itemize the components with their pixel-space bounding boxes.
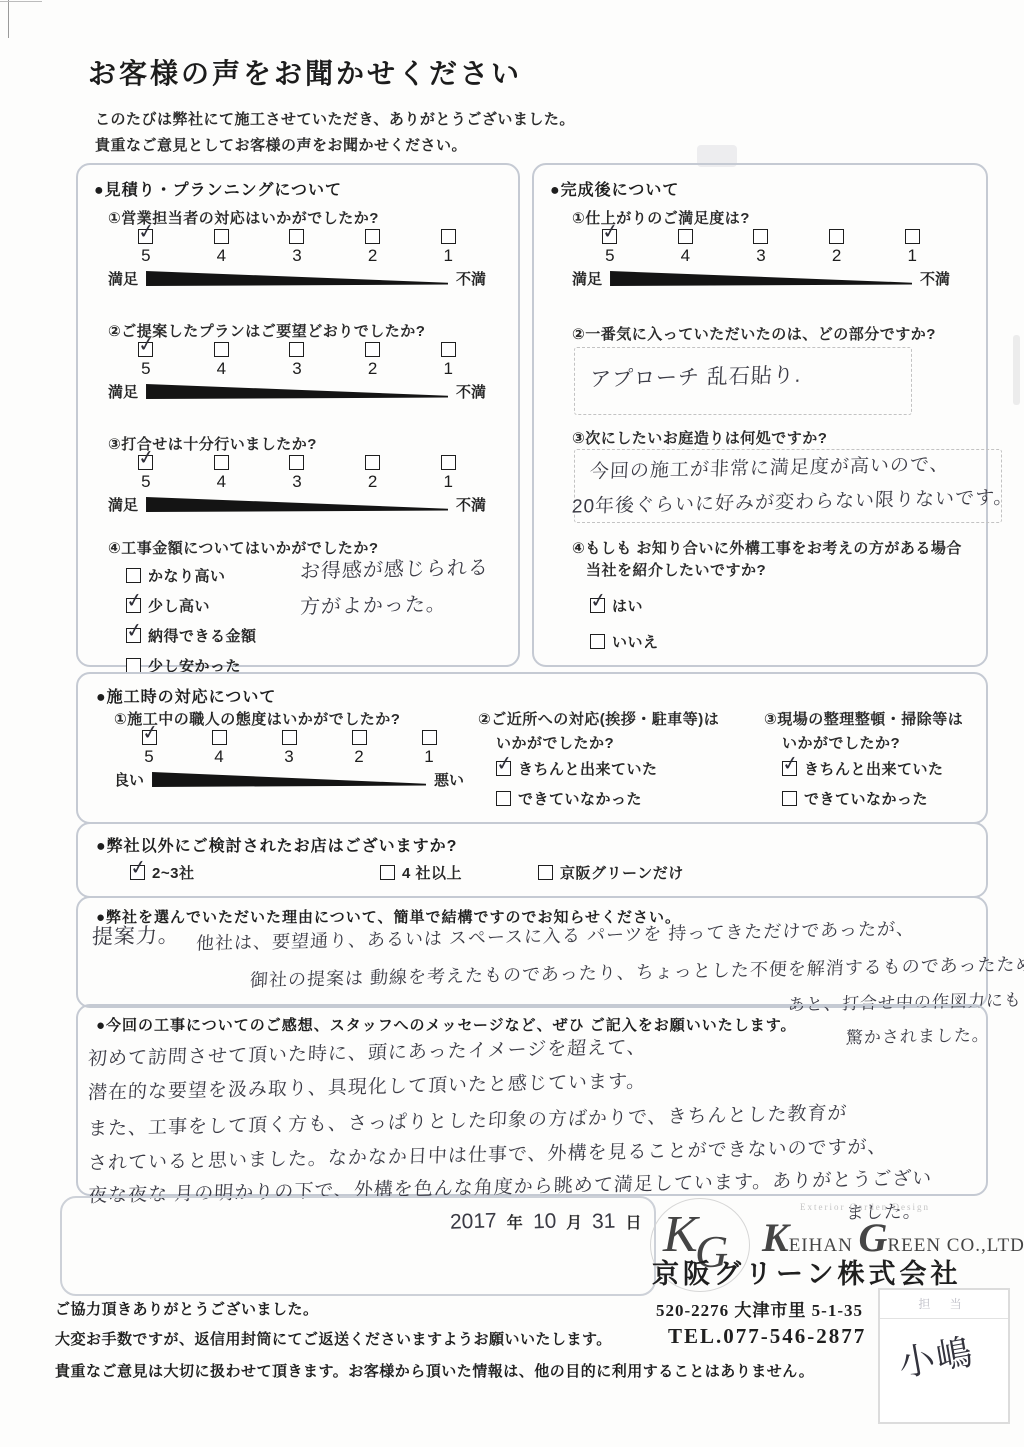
handwritten-answer: アプローチ 乱石貼り. (589, 359, 802, 393)
date-month-label: 月 (566, 1210, 582, 1233)
option-label: いいえ (612, 631, 659, 652)
checkbox[interactable] (126, 658, 141, 673)
scale-number: 2 (799, 246, 875, 266)
scale-number: 5 (108, 472, 184, 492)
checkbox-4[interactable] (214, 455, 229, 470)
option-label: 京阪グリーンだけ (560, 862, 684, 883)
question-label: ③次にしたいお庭造りは何処ですか? (572, 427, 827, 448)
scale-right-label: 不満 (920, 268, 950, 289)
option-label: 少し高い (148, 595, 210, 616)
scale-number: 3 (723, 246, 799, 266)
yes-option: はい (590, 595, 643, 616)
option-label: かなり高い (148, 565, 226, 586)
section-title: ●施工時の対応について (96, 684, 276, 707)
section-construction-box: ●施工時の対応について ①施工中の職人の態度はいかがでしたか? 5 4 3 2 … (76, 672, 988, 824)
checkbox[interactable] (126, 568, 141, 583)
company-tel: TEL.077-546-2877 (668, 1324, 866, 1349)
scale-wedge (152, 772, 426, 787)
date-line: 2017 年 10 月 31 日 (450, 1210, 641, 1234)
scale-number: 1 (410, 246, 486, 266)
company-tagline: Exterior Garden Design (800, 1202, 930, 1212)
option-label: きちんと出来ていた (518, 758, 658, 779)
footer-line-1: ご協力頂きありがとうございました。 (55, 1298, 319, 1319)
checkbox-1[interactable] (905, 229, 920, 244)
handwritten-note: お得感が感じられる (299, 551, 489, 584)
scale-left-label: 満足 (108, 268, 138, 289)
scale-number: 2 (324, 747, 394, 767)
question-label: ③現場の整理整頓・掃除等は (764, 708, 963, 729)
checkbox[interactable] (590, 598, 605, 613)
checkbox-2[interactable] (365, 342, 380, 357)
scale-number: 1 (394, 747, 464, 767)
intro-line-2: 貴重なご意見としてお客様の声をお聞かせください。 (95, 134, 467, 155)
company-address: 520-2276 大津市里 5-1-35 (656, 1296, 863, 1321)
scale-right-label: 不満 (456, 494, 486, 515)
scan-artifact (1013, 335, 1020, 405)
neighbor-option: できていなかった (496, 788, 642, 809)
scale-number: 1 (410, 359, 486, 379)
checkbox[interactable] (380, 865, 395, 880)
checkbox-3[interactable] (289, 229, 304, 244)
scale-number: 3 (259, 472, 335, 492)
section-othershops-box: ●弊社以外にご検討されたお店はございますか? 2~3社 4 社以上 京阪グリーン… (76, 822, 988, 898)
checkbox-5[interactable] (142, 730, 157, 745)
checkbox[interactable] (496, 761, 511, 776)
scale-number: 5 (572, 246, 648, 266)
scale-number: 4 (184, 359, 260, 379)
question-label: ④もしも お知り合いに外構工事をお考えの方がある場合 (572, 537, 962, 558)
option-label: はい (612, 595, 643, 616)
staff-stamp-box: 担 当 小嶋 (878, 1288, 1010, 1424)
checkbox-1[interactable] (441, 342, 456, 357)
checkbox[interactable] (126, 628, 141, 643)
scale-right-label: 悪い (434, 769, 464, 790)
handwritten-reason: 提案力。 (91, 919, 180, 951)
scale-number: 2 (335, 359, 411, 379)
scale-left-label: 満足 (108, 494, 138, 515)
checkbox-1[interactable] (441, 455, 456, 470)
scale-number: 4 (184, 747, 254, 767)
rating-scale: 5 4 3 2 1 良い 悪い (114, 730, 464, 790)
scale-wedge (146, 384, 448, 399)
option-label: できていなかった (804, 788, 928, 809)
scale-number: 4 (184, 246, 260, 266)
question-label: ②ご提案したプランはご要望どおりでしたか? (108, 320, 425, 341)
question-label: ②一番気に入っていただいたのは、どの部分ですか? (572, 323, 936, 344)
stamp-header: 担 当 (880, 1290, 1008, 1319)
date-day: 31 (592, 1210, 616, 1235)
scale-number: 5 (114, 747, 184, 767)
survey-page: お客様の声をお聞かせください このたびは弊社にて施工させていただき、ありがとうご… (0, 0, 1024, 1447)
shops-option: 2~3社 (130, 862, 194, 883)
date-month: 10 (532, 1210, 556, 1235)
rating-scale: 5 4 3 2 1 満足 不満 (108, 342, 486, 402)
scale-right-label: 不満 (456, 268, 486, 289)
shops-option: 4 社以上 (380, 862, 462, 883)
scale-number: 5 (108, 246, 184, 266)
scale-number: 3 (254, 747, 324, 767)
intro-line-1: このたびは弊社にて施工させていただき、ありがとうございました。 (95, 108, 575, 129)
checkbox-3[interactable] (289, 455, 304, 470)
neighbor-option: きちんと出来ていた (496, 758, 658, 779)
checkbox[interactable] (496, 791, 511, 806)
checkbox-5[interactable] (138, 342, 153, 357)
question-label: いかがでしたか? (496, 732, 614, 753)
option-label: 4 社以上 (402, 862, 462, 883)
rating-scale: 5 4 3 2 1 満足 不満 (108, 455, 486, 515)
section-title: ●完成後について (550, 177, 679, 200)
company-name-jp: 京阪グリーン株式会社 (652, 1252, 961, 1291)
scale-number: 2 (335, 246, 411, 266)
section-completion-box: ●完成後について ①仕上がりのご満足度は? 5 4 3 2 1 満足 不満 (532, 163, 988, 667)
scale-left-label: 良い (114, 769, 144, 790)
scale-number: 4 (648, 246, 724, 266)
option-label: 納得できる金額 (148, 625, 257, 646)
checkbox-1[interactable] (441, 229, 456, 244)
scale-left-label: 満足 (572, 268, 602, 289)
checkbox-5[interactable] (602, 229, 617, 244)
scale-number: 3 (259, 359, 335, 379)
checkbox[interactable] (538, 865, 553, 880)
price-option: 少し高い (126, 595, 210, 616)
checkbox-1[interactable] (422, 730, 437, 745)
section-title: ●今回の工事についてのご感想、スタッフへのメッセージなど、ぜひ ご記入をお願いい… (96, 1014, 797, 1035)
scale-number: 2 (335, 472, 411, 492)
date-day-label: 日 (625, 1210, 641, 1233)
scale-number: 1 (410, 472, 486, 492)
scale-left-label: 満足 (108, 381, 138, 402)
scale-number: 3 (259, 246, 335, 266)
checkbox-3[interactable] (282, 730, 297, 745)
question-label: いかがでしたか? (782, 732, 900, 753)
scan-artifact (8, 0, 9, 38)
scale-wedge (146, 497, 448, 512)
rating-scale: 5 4 3 2 1 満足 不満 (108, 229, 486, 289)
stamp-signature: 小嶋 (894, 1324, 978, 1387)
option-label: できていなかった (518, 788, 642, 809)
section-estimate-box: ●見積り・プランニングについて ①営業担当者の対応はいかがでしたか? 5 4 3… (76, 163, 520, 667)
option-label: 2~3社 (152, 862, 194, 883)
checkbox-2[interactable] (365, 229, 380, 244)
scale-number: 4 (184, 472, 260, 492)
checkbox-4[interactable] (214, 342, 229, 357)
checkbox[interactable] (782, 761, 797, 776)
rating-scale: 5 4 3 2 1 満足 不満 (572, 229, 950, 289)
checkbox[interactable] (130, 865, 145, 880)
scale-right-label: 不満 (456, 381, 486, 402)
option-label: きちんと出来ていた (804, 758, 944, 779)
shops-option: 京阪グリーンだけ (538, 862, 684, 883)
checkbox[interactable] (782, 791, 797, 806)
checkbox-3[interactable] (753, 229, 768, 244)
scan-artifact (0, 1, 42, 2)
cleanup-option: きちんと出来ていた (782, 758, 944, 779)
price-option: 納得できる金額 (126, 625, 257, 646)
checkbox-5[interactable] (138, 229, 153, 244)
checkbox-2[interactable] (829, 229, 844, 244)
date-box: 2017 年 10 月 31 日 (60, 1196, 656, 1296)
checkbox-4[interactable] (214, 229, 229, 244)
scale-number: 1 (874, 246, 950, 266)
cleanup-option: できていなかった (782, 788, 928, 809)
page-title: お客様の声をお聞かせください (88, 52, 522, 92)
section-title: ●見積り・プランニングについて (94, 177, 342, 200)
checkbox-4[interactable] (212, 730, 227, 745)
checkbox-2[interactable] (365, 455, 380, 470)
checkbox[interactable] (590, 634, 605, 649)
checkbox[interactable] (126, 598, 141, 613)
checkbox-2[interactable] (352, 730, 367, 745)
scale-wedge (610, 271, 912, 286)
price-option: かなり高い (126, 565, 226, 586)
question-label: 当社を紹介したいですか? (586, 559, 766, 580)
section-title: ●弊社以外にご検討されたお店はございますか? (96, 833, 457, 856)
footer-line-2: 大変お手数ですが、返信用封筒にてご返送くださいますようお願いいたします。 (55, 1328, 612, 1349)
question-label: ②ご近所への対応(挨拶・駐車等)は (478, 708, 719, 729)
no-option: いいえ (590, 631, 659, 652)
scale-wedge (146, 271, 448, 286)
footer-line-3: 貴重なご意見は大切に扱わせて頂きます。お客様から頂いた情報は、他の目的に利用する… (55, 1360, 814, 1381)
scale-number: 5 (108, 359, 184, 379)
question-label: ①仕上がりのご満足度は? (572, 207, 750, 228)
checkbox-4[interactable] (678, 229, 693, 244)
checkbox-5[interactable] (138, 455, 153, 470)
checkbox-3[interactable] (289, 342, 304, 357)
date-year: 2017 (450, 1209, 498, 1235)
date-year-label: 年 (507, 1210, 523, 1233)
handwritten-note: 方がよかった。 (299, 587, 447, 619)
